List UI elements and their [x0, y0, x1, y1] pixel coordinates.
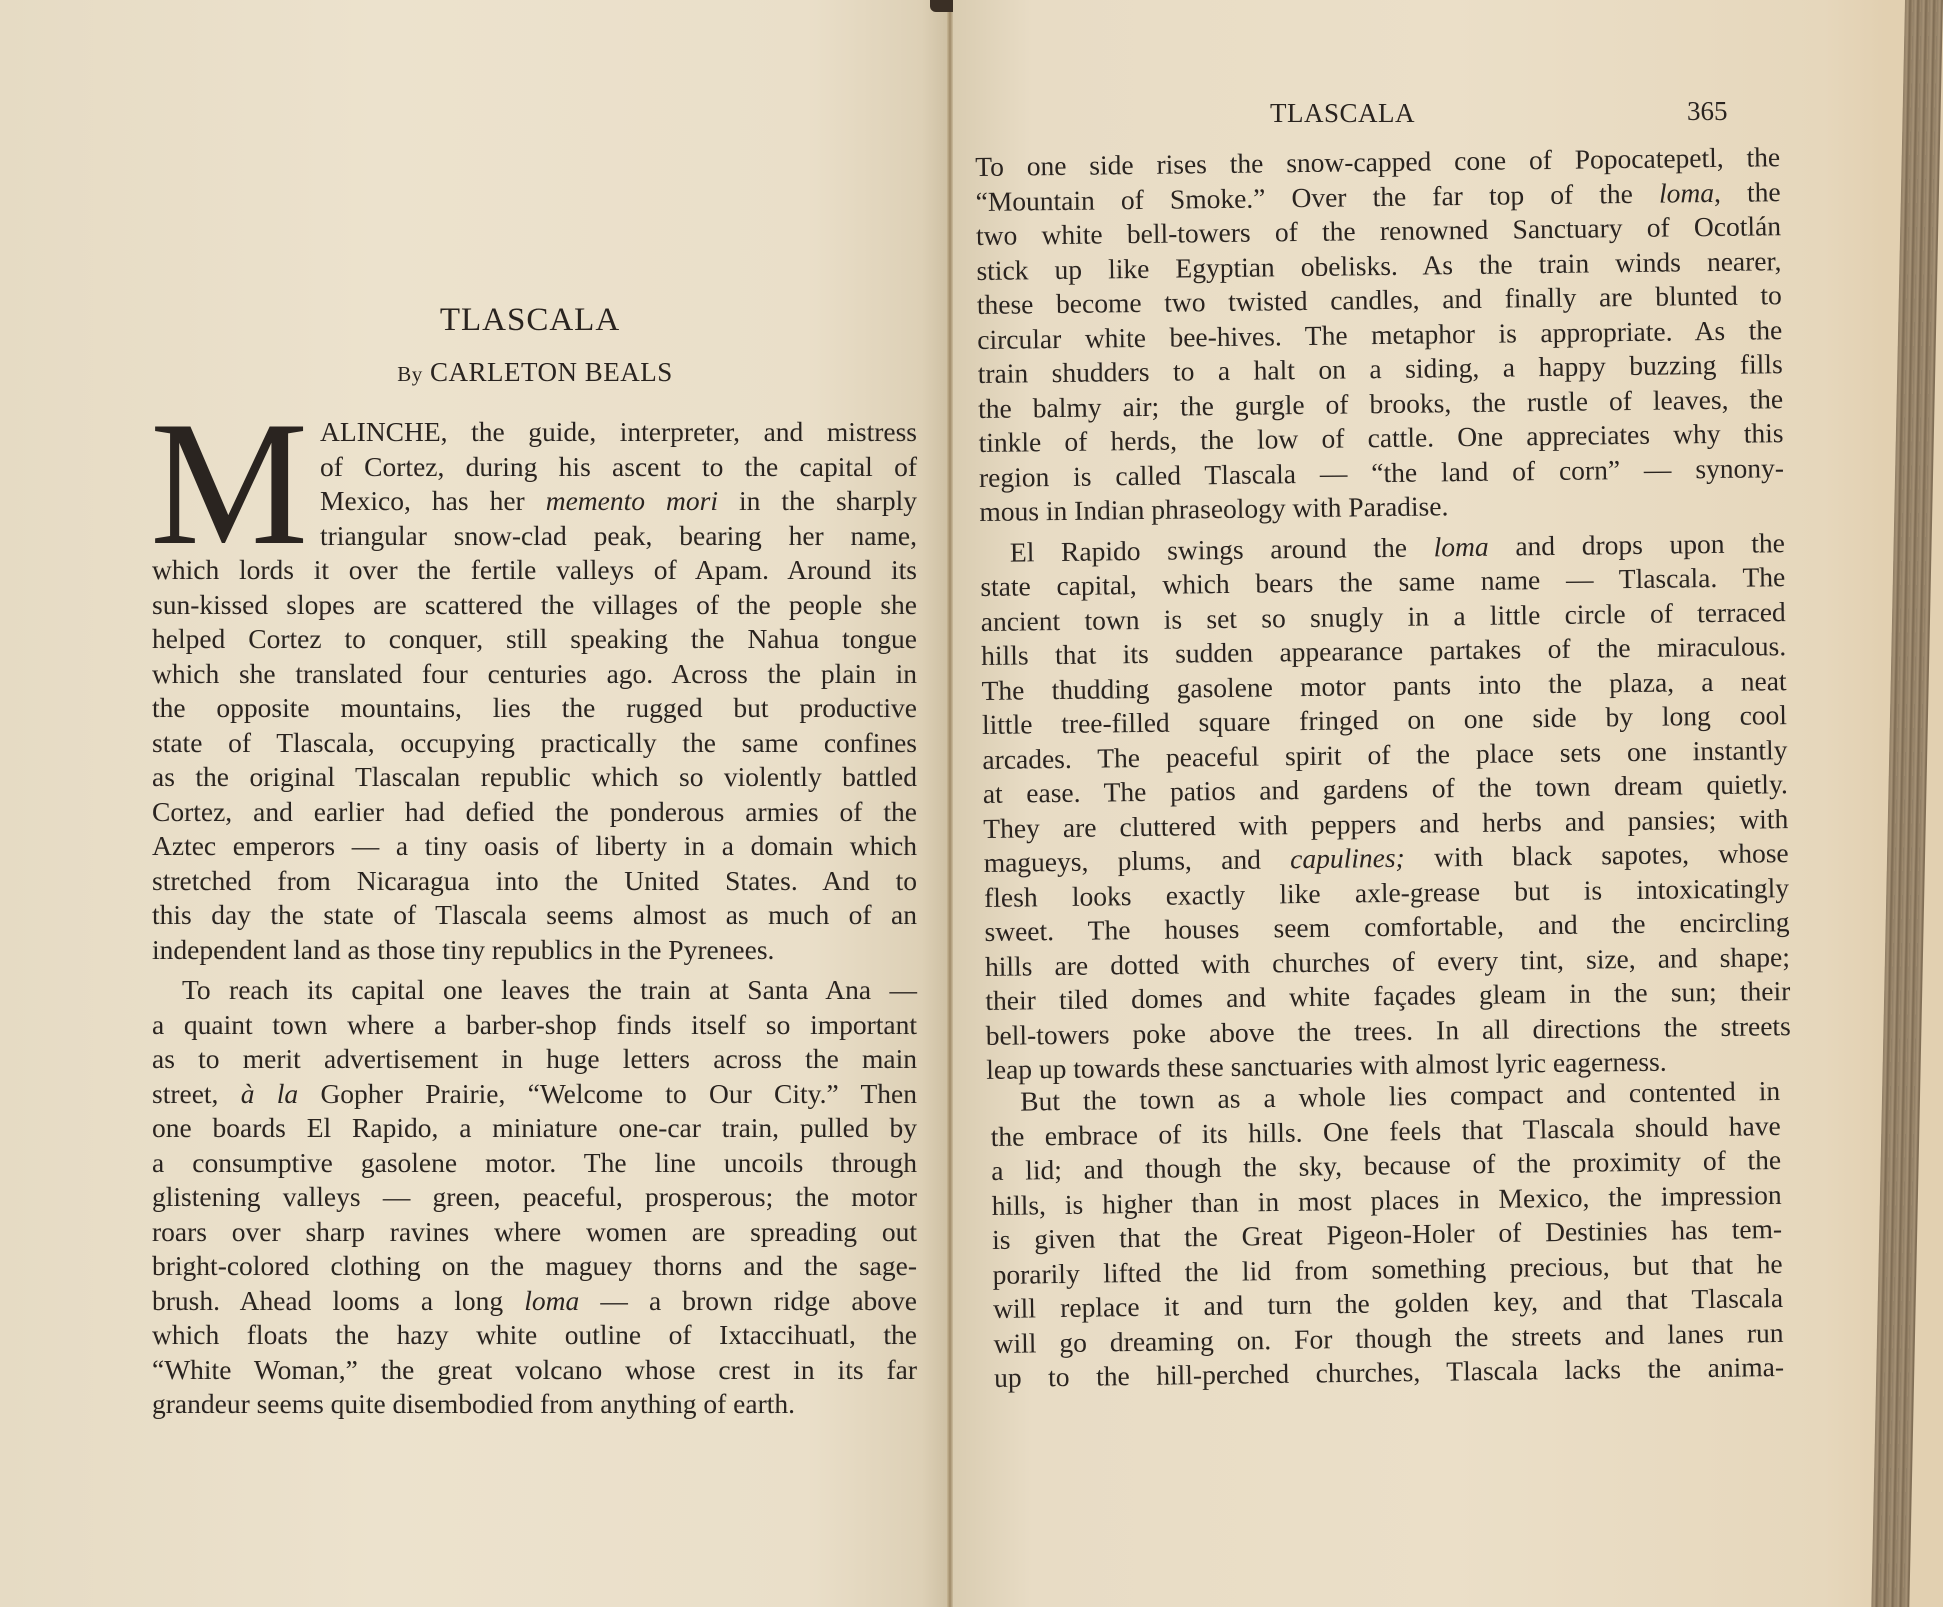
text-line: glistening valleys — green, peaceful, pr…	[152, 1180, 917, 1215]
text-line: this day the state of Tlascala seems alm…	[152, 898, 917, 933]
text-line: Cortez, and earlier had defied the ponde…	[152, 795, 917, 830]
page-number: 365	[1687, 96, 1728, 127]
text-line: of Cortez, during his ascent to the capi…	[152, 450, 917, 485]
text-line: street, à la Gopher Prairie, “Welcome to…	[152, 1077, 917, 1112]
italic-phrase: capulines;	[1290, 842, 1405, 874]
italic-phrase: loma	[524, 1285, 579, 1316]
text-line: “White Woman,” the great volcano whose c…	[152, 1353, 917, 1388]
byline: By CARLETON BEALS	[330, 357, 740, 388]
italic-phrase: loma	[1659, 176, 1714, 208]
text-line: which lords it over the fertile valleys …	[152, 553, 917, 588]
byline-prefix: By	[397, 362, 423, 386]
text-line: state of Tlascala, occupying practically…	[152, 726, 917, 761]
paragraph: ALINCHE, the guide, interpreter, and mis…	[152, 415, 917, 967]
left-body-text: ALINCHE, the guide, interpreter, and mis…	[152, 415, 917, 1422]
italic-phrase: loma	[1433, 530, 1488, 562]
paragraph: To one side rises the snow-capped cone o…	[975, 140, 1785, 529]
text-line: grandeur seems quite disembodied from an…	[152, 1387, 917, 1422]
byline-author: CARLETON BEALS	[430, 357, 673, 387]
paragraph: To reach its capital one leaves the trai…	[152, 973, 917, 1422]
text-line: which floats the hazy white outline of I…	[152, 1318, 917, 1353]
text-line: a consumptive gasolene motor. The line u…	[152, 1146, 917, 1181]
text-line: stretched from Nicaragua into the United…	[152, 864, 917, 899]
text-line: bright-colored clothing on the maguey th…	[152, 1249, 917, 1284]
text-line: ALINCHE, the guide, interpreter, and mis…	[152, 415, 917, 450]
text-line: Aztec emperors — a tiny oasis of liberty…	[152, 829, 917, 864]
text-line: which she translated four centuries ago.…	[152, 657, 917, 692]
text-line: To reach its capital one leaves the trai…	[152, 973, 917, 1008]
text-line: the opposite mountains, lies the rugged …	[152, 691, 917, 726]
text-line: as to merit advertisement in huge letter…	[152, 1042, 917, 1077]
text-line: sun-kissed slopes are scattered the vill…	[152, 588, 917, 623]
text-line: one boards El Rapido, a miniature one-ca…	[152, 1111, 917, 1146]
text-line: roars over sharp ravines where women are…	[152, 1215, 917, 1250]
text-line: a quaint town where a barber-shop finds …	[152, 1008, 917, 1043]
running-head: TLASCALA	[1270, 98, 1415, 129]
text-line: helped Cortez to conquer, still speaking…	[152, 622, 917, 657]
text-line: independent land as those tiny republics…	[152, 933, 917, 968]
paragraph: But the town as a whole lies compact and…	[990, 1074, 1784, 1395]
text-line: brush. Ahead looms a long loma — a brown…	[152, 1284, 917, 1319]
text-line: as the original Tlascalan republic which…	[152, 760, 917, 795]
italic-phrase: memento mori	[546, 485, 718, 516]
article-title: TLASCALA	[430, 302, 630, 339]
text-line: triangular snow-clad peak, bearing her n…	[152, 519, 917, 554]
paragraph: El Rapido swings around the loma and dro…	[980, 526, 1792, 1088]
text-line: Mexico, has her memento mori in the shar…	[152, 484, 917, 519]
right-body-text: To one side rises the snow-capped cone o…	[975, 140, 1791, 1087]
italic-phrase: à la	[241, 1078, 298, 1109]
book-spread: TLASCALA By CARLETON BEALS M ALINCHE, th…	[0, 0, 1943, 1607]
right-body-text-continued: But the town as a whole lies compact and…	[990, 1074, 1784, 1395]
